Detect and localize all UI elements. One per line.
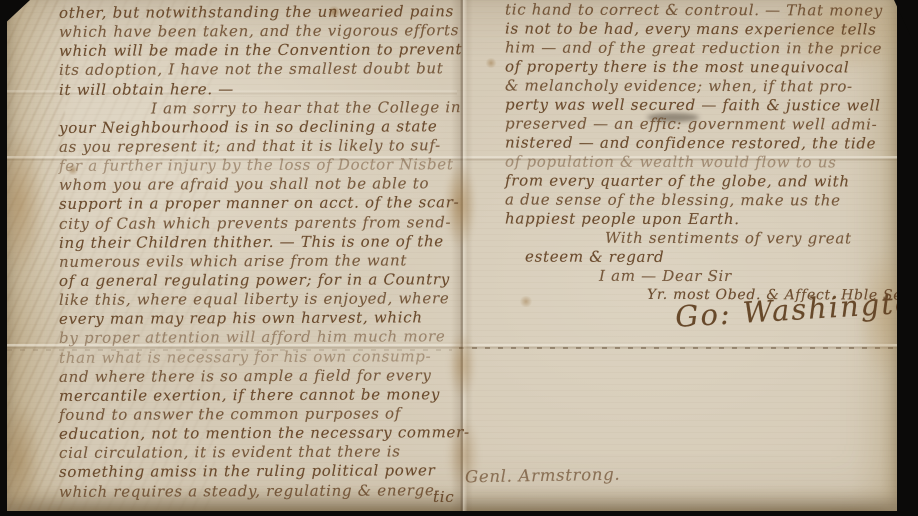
letter-line: found to answer the common purposes of xyxy=(59,404,463,425)
letter-line: I am sorry to hear that the College in xyxy=(59,98,463,119)
letter-line: nistered — and confidence restored, the … xyxy=(505,133,897,153)
letter-line: of a general regulating power; for in a … xyxy=(59,270,463,291)
letter-line: happiest people upon Earth. xyxy=(505,209,897,229)
closing-line: esteem & regard xyxy=(505,247,897,267)
addressee-line: Genl. Armstrong. xyxy=(465,465,621,487)
letter-line: support in a proper manner on acct. of t… xyxy=(59,194,463,215)
catchword: tic xyxy=(433,488,454,506)
letter-line: numerous evils which arise from the want xyxy=(59,251,463,272)
letter-line: from every quarter of the globe, and wit… xyxy=(505,171,897,191)
letter-line: other, but notwithstanding the unwearied… xyxy=(59,2,463,23)
closing-line: I am — Dear Sir xyxy=(505,266,897,286)
letter-line: its adoption, I have not the smallest do… xyxy=(59,60,463,81)
letter-line: education, not to mention the necessary … xyxy=(59,423,463,444)
letter-photo: other, but notwithstanding the unwearied… xyxy=(0,0,918,516)
paper-sheet: other, but notwithstanding the unwearied… xyxy=(7,0,897,511)
letter-page-left: other, but notwithstanding the unwearied… xyxy=(59,3,463,501)
letter-line: whom you are afraid you shall not be abl… xyxy=(59,174,463,195)
letter-line: city of Cash which prevents parents from… xyxy=(59,213,463,234)
letter-line: your Neighbourhood is in so declining a … xyxy=(59,117,463,138)
letter-line: which will be made in the Convention to … xyxy=(59,40,463,61)
corner-shadow xyxy=(894,0,918,52)
letter-line: cial circulation, it is evident that the… xyxy=(59,442,463,463)
letter-line: it will obtain here. — xyxy=(59,79,463,100)
horizontal-crease-dashed xyxy=(459,347,897,349)
letter-line: every man may reap his own harvest, whic… xyxy=(59,308,463,329)
letter-line: of population & wealth would flow to us xyxy=(505,152,897,172)
letter-line: him — and of the great reduction in the … xyxy=(505,38,897,58)
letter-line: a due sense of the blessing, make us the xyxy=(505,190,897,210)
letter-line: & melancholy evidence; when, if that pro… xyxy=(505,76,897,96)
letter-line: than what is necessary for his own consu… xyxy=(59,347,463,368)
ghost-writing-left-margin xyxy=(7,0,65,511)
letter-line: which requires a steady, regulating & en… xyxy=(59,481,463,502)
letter-line: perty was well secured — faith & justice… xyxy=(505,95,897,115)
stain xyxy=(485,58,497,68)
letter-line: mercantile exertion, if there cannot be … xyxy=(59,385,463,406)
letter-line: tic hand to correct & controul. — That m… xyxy=(505,0,897,20)
letter-line: like this, where equal liberty is enjoye… xyxy=(59,289,463,310)
letter-line: is not to be had, every mans experience … xyxy=(505,19,897,39)
letter-line: fer a further injury by the loss of Doct… xyxy=(59,155,463,176)
letter-line: ing their Children thither. — This is on… xyxy=(59,232,463,253)
closing-line: With sentiments of very great xyxy=(505,228,897,248)
letter-line: of property there is the most unequivoca… xyxy=(505,57,897,77)
letter-line: preserved — an effic: government well ad… xyxy=(505,114,897,134)
letter-line: as you represent it; and that it is like… xyxy=(59,136,463,157)
letter-page-right: tic hand to correct & controul. — That m… xyxy=(505,1,897,305)
letter-line: something amiss in the ruling political … xyxy=(59,461,463,482)
letter-line: by proper attention will afford him much… xyxy=(59,328,463,349)
letter-line: and where there is so ample a field for … xyxy=(59,366,463,387)
letter-line: which have been taken, and the vigorous … xyxy=(59,21,463,42)
